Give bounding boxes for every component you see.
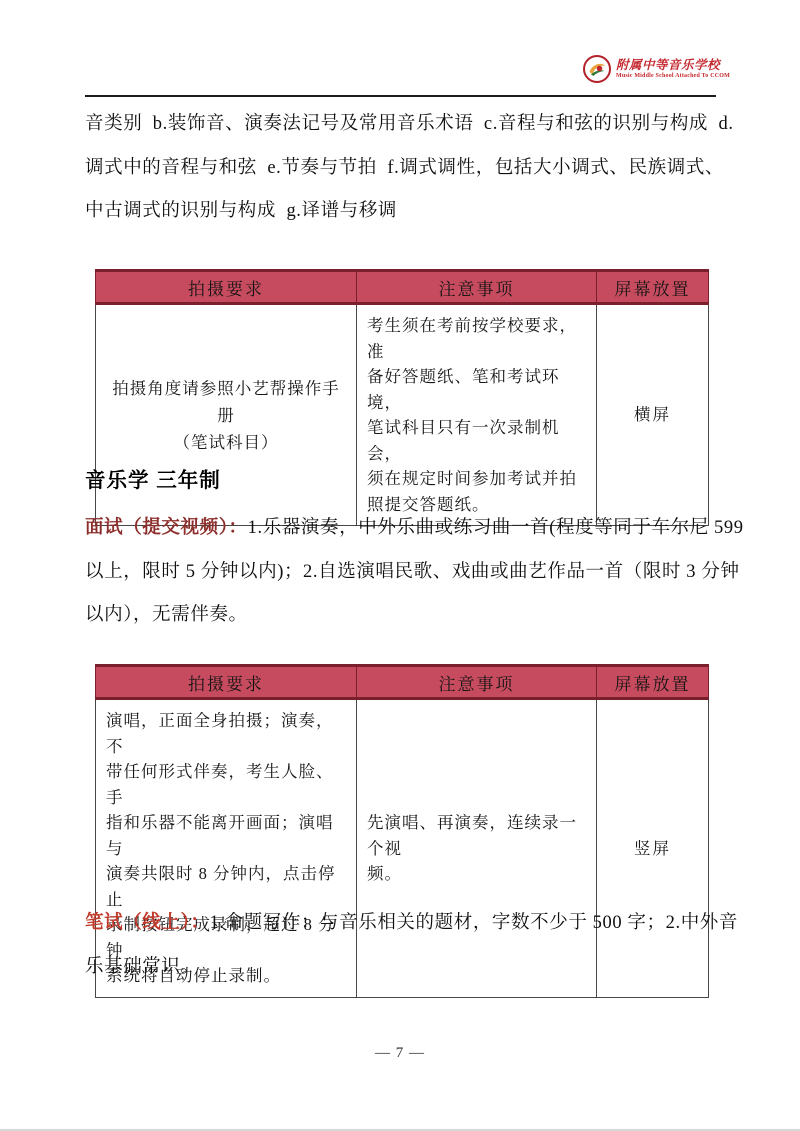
cell-notes: 考生须在考前按学校要求，准 备好答题纸、笔和考试环境， 笔试科目只有一次录制机会… xyxy=(356,305,596,525)
interview-label: 面试（提交视频）： xyxy=(85,518,248,538)
table-header-row: 拍摄要求 注意事项 屏幕放置 xyxy=(95,269,709,305)
intro-paragraph: 音类别 b.装饰音、演奏法记号及常用音乐术语 c.音程与和弦的识别与构成 d. … xyxy=(85,103,725,234)
header-rule xyxy=(85,95,716,97)
cell-line: 指和乐器不能离开画面；演唱与 xyxy=(106,810,346,861)
interview-line: 面试（提交视频）：1.乐器演奏，中外乐曲或练习曲一首(程度等同于车尔尼 599 xyxy=(85,507,725,551)
column-header-notes: 注意事项 xyxy=(356,272,596,302)
school-name-en: Music Middle School Attached To CCOM xyxy=(616,73,730,80)
written-line: 笔试（线上）：1.命题写作：与音乐相关的题材，字数不少于 500 字；2.中外音 xyxy=(85,902,725,946)
school-logo: 附属中等音乐学校 Music Middle School Attached To… xyxy=(582,54,730,84)
interview-line: 以上，限时 5 分钟以内)；2.自选演唱民歌、戏曲或曲艺作品一首（限时 3 分钟 xyxy=(85,551,725,595)
cell-screen-orientation: 横屏 xyxy=(596,305,708,525)
table-header-row: 拍摄要求 注意事项 屏幕放置 xyxy=(95,664,709,700)
intro-line: 中古调式的识别与构成 g.译谱与移调 xyxy=(85,190,725,234)
column-header-shooting: 拍摄要求 xyxy=(96,667,356,697)
interview-paragraph: 面试（提交视频）：1.乐器演奏，中外乐曲或练习曲一首(程度等同于车尔尼 599 … xyxy=(85,507,725,638)
interview-line-text: 1.乐器演奏，中外乐曲或练习曲一首(程度等同于车尔尼 599 xyxy=(248,518,744,538)
intro-line: 调式中的音程与和弦 e.节奏与节拍 f.调式调性，包括大小调式、民族调式、 xyxy=(85,147,725,191)
cell-line: 考生须在考前按学校要求，准 xyxy=(367,313,586,364)
cell-line: 频。 xyxy=(367,861,586,887)
section-heading: 音乐学 三年制 xyxy=(85,463,221,493)
written-label: 笔试（线上）： xyxy=(85,913,209,933)
column-header-screen: 屏幕放置 xyxy=(596,667,708,697)
written-line: 乐基础常识。 xyxy=(85,946,725,990)
school-emblem-icon xyxy=(582,54,612,84)
column-header-shooting: 拍摄要求 xyxy=(96,272,356,302)
cell-line: （笔试科目） xyxy=(106,429,346,456)
written-line-text: 1.命题写作：与音乐相关的题材，字数不少于 500 字；2.中外音 xyxy=(209,913,738,933)
cell-line: 拍摄角度请参照小艺帮操作手册 xyxy=(106,375,346,429)
cell-line: 先演唱、再演奏，连续录一个视 xyxy=(367,810,586,861)
cell-line: 笔试科目只有一次录制机会， xyxy=(367,415,586,466)
written-test-paragraph: 笔试（线上）：1.命题写作：与音乐相关的题材，字数不少于 500 字；2.中外音… xyxy=(85,902,725,989)
school-name-cn: 附属中等音乐学校 xyxy=(616,58,730,72)
column-header-notes: 注意事项 xyxy=(356,667,596,697)
intro-line: 音类别 b.装饰音、演奏法记号及常用音乐术语 c.音程与和弦的识别与构成 d. xyxy=(85,103,725,147)
column-header-screen: 屏幕放置 xyxy=(596,272,708,302)
interview-line: 以内），无需伴奏。 xyxy=(85,594,725,638)
school-logo-text: 附属中等音乐学校 Music Middle School Attached To… xyxy=(616,58,730,79)
cell-line: 带任何形式伴奏，考生人脸、手 xyxy=(106,759,346,810)
cell-line: 演唱，正面全身拍摄；演奏，不 xyxy=(106,708,346,759)
document-page: 附属中等音乐学校 Music Middle School Attached To… xyxy=(0,0,800,1131)
cell-line: 备好答题纸、笔和考试环境， xyxy=(367,364,586,415)
cell-line: 须在规定时间参加考试并拍 xyxy=(367,466,586,492)
page-number: — 7 — xyxy=(0,1045,800,1062)
